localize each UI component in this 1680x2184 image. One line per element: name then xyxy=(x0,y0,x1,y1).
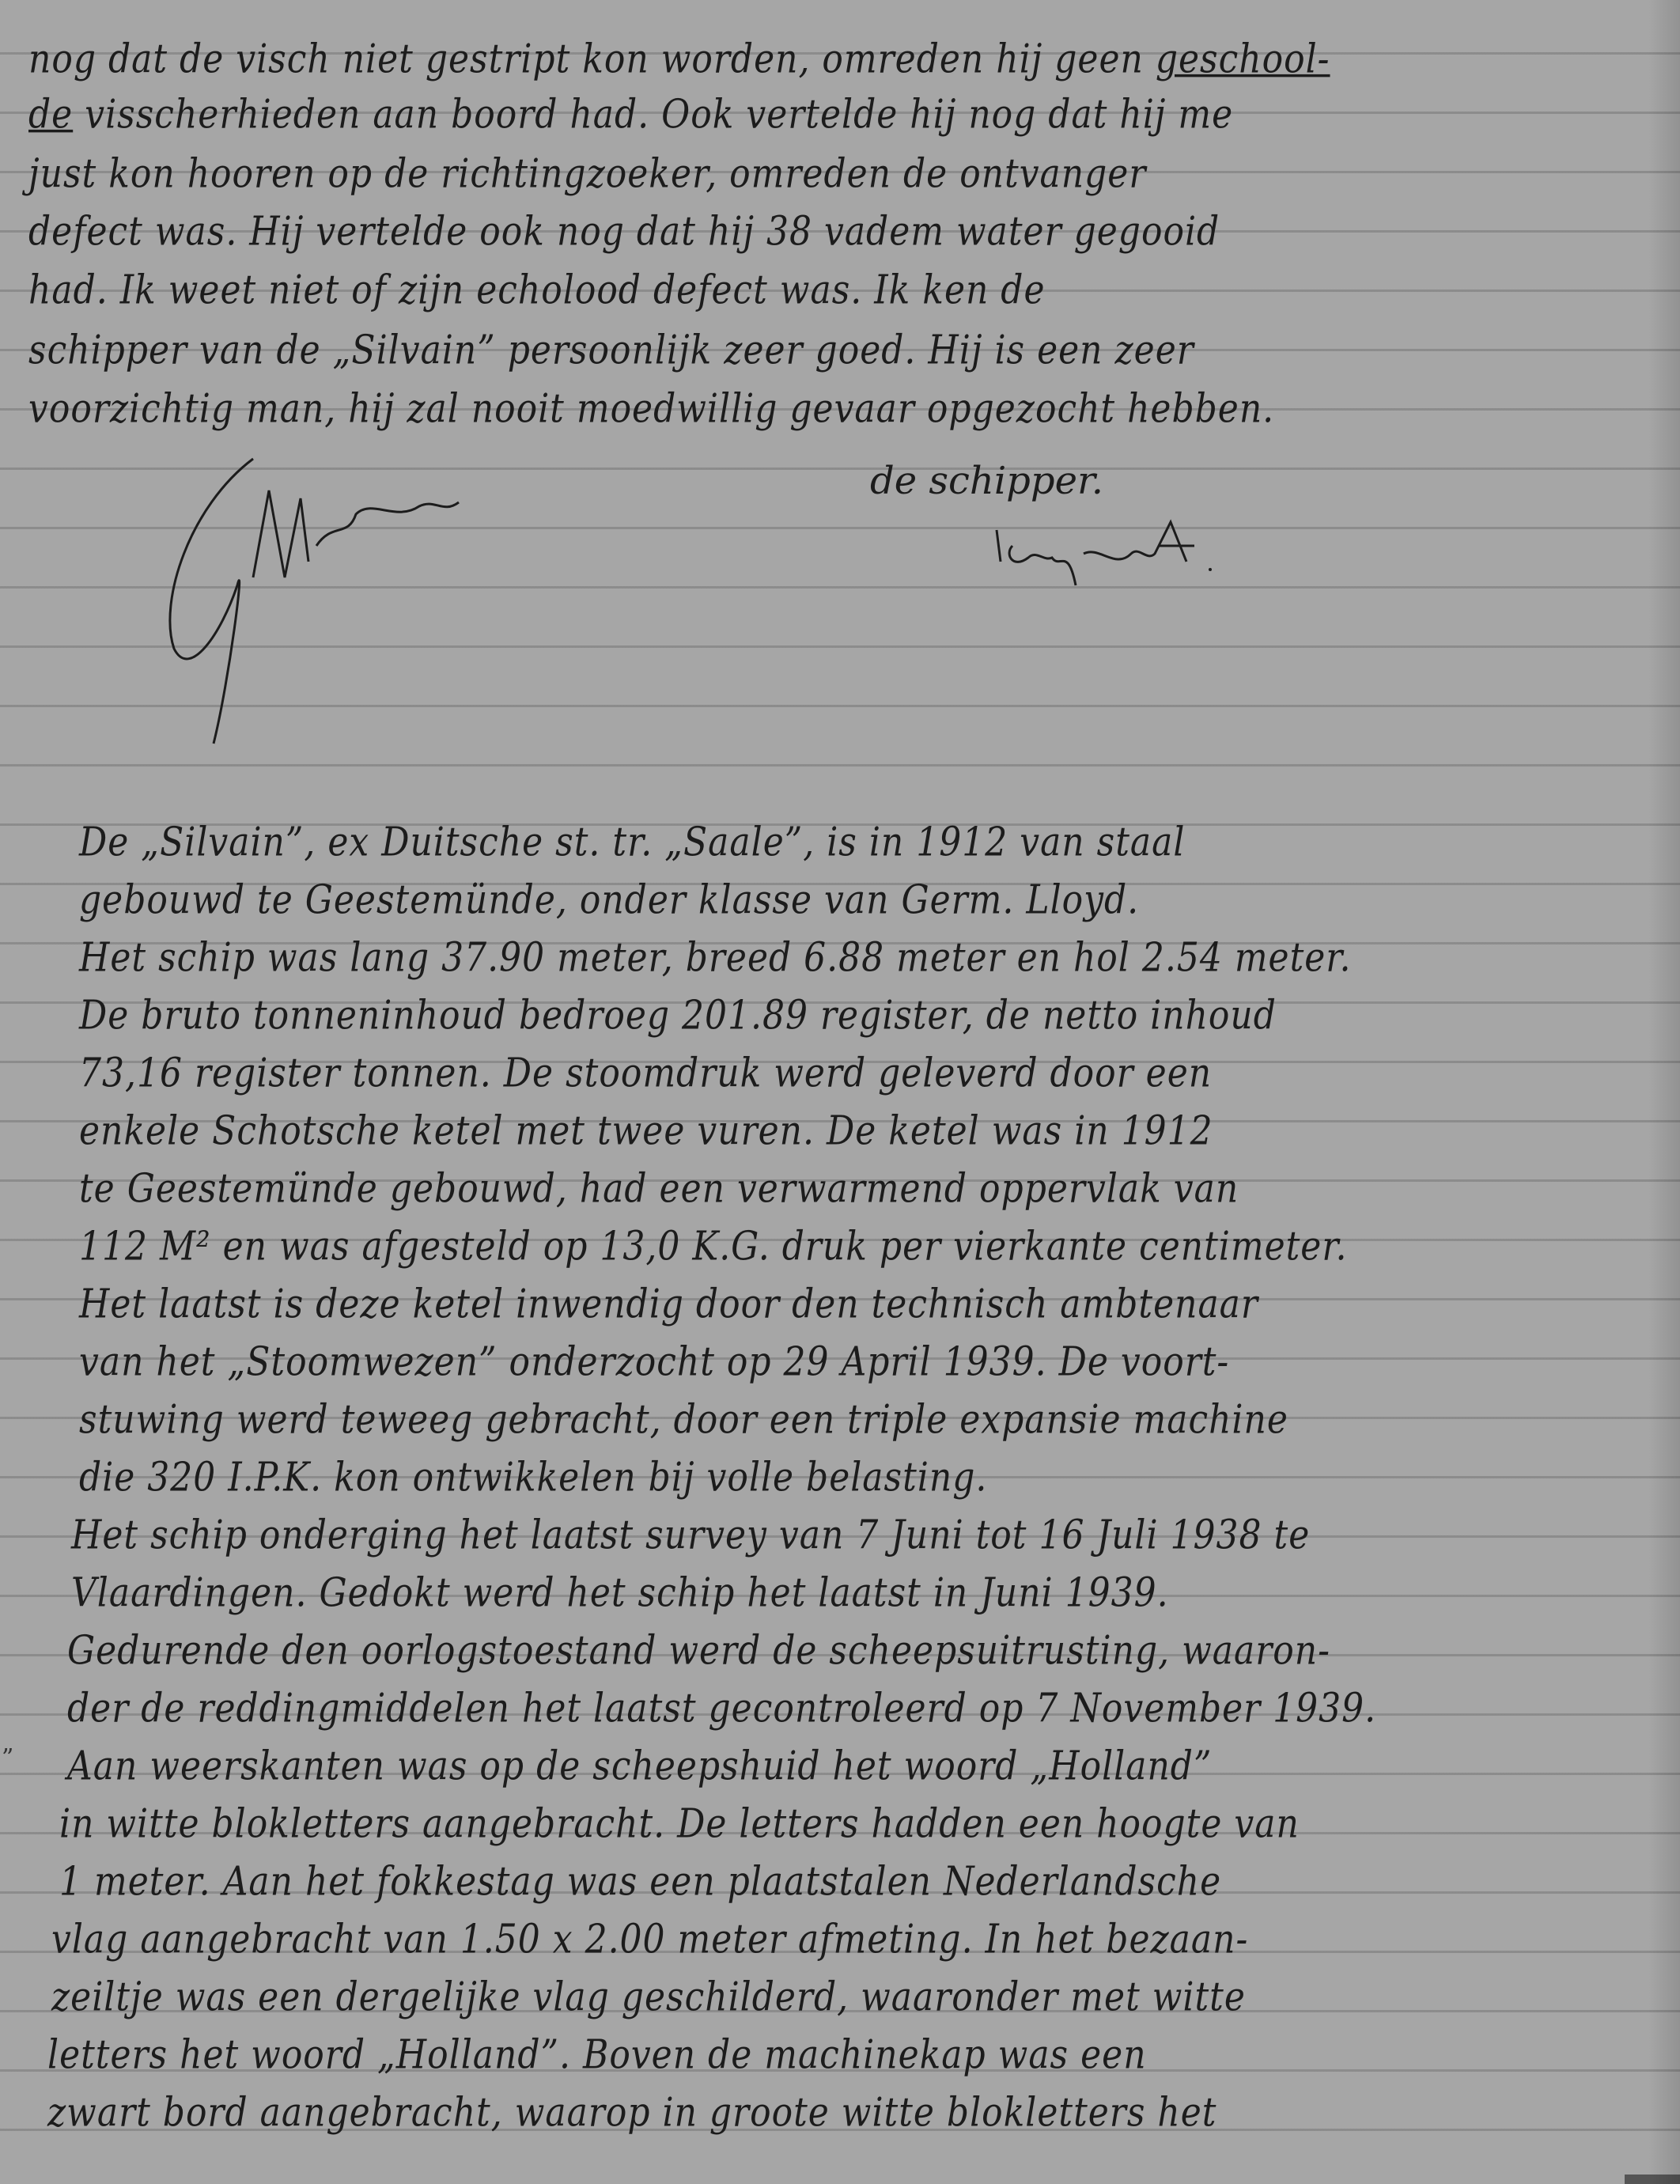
signature-right xyxy=(981,514,1376,612)
ledger-page: nog dat de visch niet gestript kon worde… xyxy=(0,0,1680,2184)
text-line: de visscherhieden aan boord had. Ook ver… xyxy=(28,88,1633,142)
text-line: 1 meter. Aan het fokkestag was een plaat… xyxy=(59,1855,1633,1910)
text-line: enkele Schotsche ketel met twee vuren. D… xyxy=(79,1104,1633,1159)
underlined-word: de xyxy=(28,92,73,138)
text-line: schipper van de „Silvain” persoonlijk ze… xyxy=(28,324,1633,378)
text-line: Het schip onderging het laatst survey va… xyxy=(71,1508,1633,1563)
signature-right-mark xyxy=(981,514,1376,609)
underlined-word: geschool- xyxy=(1156,36,1330,83)
text-line: stuwing werd teweeg gebracht, door een t… xyxy=(79,1393,1633,1448)
signature-title: de schipper. xyxy=(870,459,1103,503)
signature-left: J.M. Vermeer xyxy=(158,443,633,763)
text-line: Gedurende den oorlogstoestand werd de sc… xyxy=(67,1624,1633,1679)
text-line: nog dat de visch niet gestript kon worde… xyxy=(28,32,1633,87)
text-line: Vlaardingen. Gedokt werd het schip het l… xyxy=(71,1566,1633,1621)
text-line: 73,16 register tonnen. De stoomdruk werd… xyxy=(79,1047,1633,1101)
text-line: zeiltje was een dergelijke vlag geschild… xyxy=(51,1970,1633,2025)
svg-text:J.M. Vermeer: J.M. Vermeer xyxy=(276,569,282,570)
text-line: Aan weerskanten was op de scheepshuid he… xyxy=(67,1739,1633,1794)
text-line: just kon hooren op de richtingzoeker, om… xyxy=(28,147,1633,202)
text-line: die 320 I.P.K. kon ontwikkelen bij volle… xyxy=(79,1451,1633,1505)
text-line: had. Ik weet niet of zijn echolood defec… xyxy=(28,263,1633,318)
text-line: zwart bord aangebracht, waarop in groote… xyxy=(47,2086,1633,2140)
text-line: voorzichtig man, hij zal nooit moedwilli… xyxy=(28,382,1633,437)
line-text: visscherhieden aan boord had. Ook vertel… xyxy=(73,92,1233,138)
text-line: gebouwd te Geestemünde, onder klasse van… xyxy=(79,873,1633,928)
signature-left-mark: J.M. Vermeer xyxy=(158,443,633,759)
line-text: nog dat de visch niet gestript kon worde… xyxy=(28,36,1156,83)
text-line: De bruto tonneninhoud bedroeg 201.89 reg… xyxy=(79,989,1633,1043)
margin-mark: ” xyxy=(2,1744,13,1772)
text-line: Het laatst is deze ketel inwendig door d… xyxy=(79,1277,1633,1332)
text-line: De „Silvain”, ex Duitsche st. tr. „Saale… xyxy=(79,816,1633,870)
text-line: 112 M² en was afgesteld op 13,0 K.G. dru… xyxy=(79,1220,1633,1274)
text-line: vlag aangebracht van 1.50 x 2.00 meter a… xyxy=(51,1913,1633,1967)
text-line: Het schip was lang 37.90 meter, breed 6.… xyxy=(79,931,1633,986)
page-corner-shadow xyxy=(1625,2175,1680,2184)
text-line: defect was. Hij vertelde ook nog dat hij… xyxy=(28,205,1633,259)
text-line: van het „Stoomwezen” onderzocht op 29 Ap… xyxy=(79,1335,1633,1390)
text-line: te Geestemünde gebouwd, had een verwarme… xyxy=(79,1162,1633,1217)
text-line: letters het woord „Holland”. Boven de ma… xyxy=(47,2028,1633,2083)
text-line: der de reddingmiddelen het laatst gecont… xyxy=(67,1682,1633,1736)
text-line: in witte blokletters aangebracht. De let… xyxy=(59,1797,1633,1852)
